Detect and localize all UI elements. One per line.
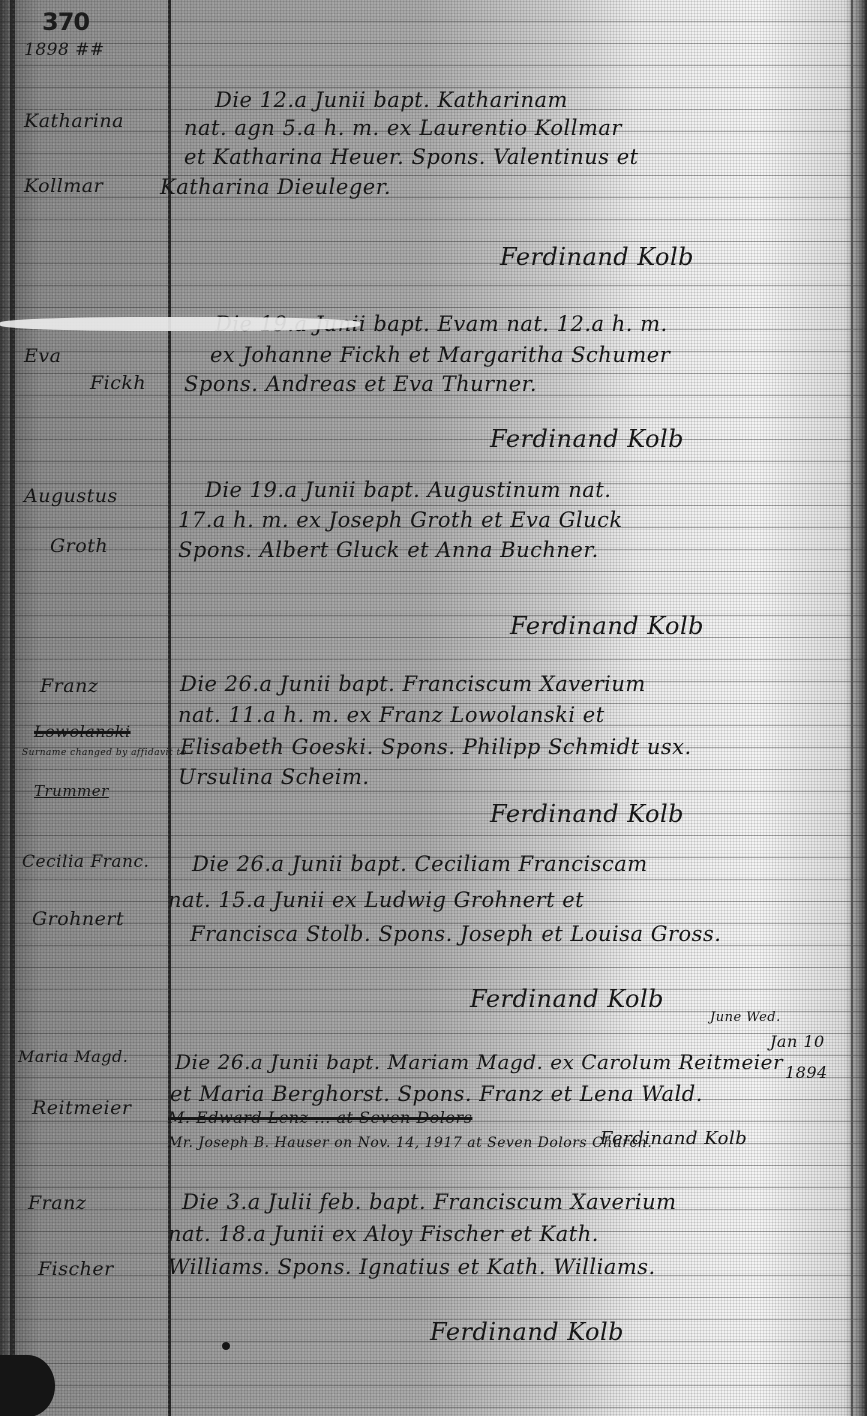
entry-1-line-1: Die 12.a Junii bapt. Katharinam <box>215 88 568 112</box>
entry-6-marriage-note: Mr. Joseph B. Hauser on Nov. 14, 1917 at… <box>168 1135 652 1151</box>
entry-7-line-2: nat. 18.a Junii ex Aloy Fischer et Kath. <box>168 1222 599 1246</box>
entry-5-line-1: Die 26.a Junii bapt. Ceciliam Franciscam <box>192 852 648 876</box>
entry-1-line-4: Katharina Dieuleger. <box>160 175 391 199</box>
entry-4-margin-name: Franz <box>40 675 98 697</box>
entry-4-line-3: Elisabeth Goeski. Spons. Philipp Schmidt… <box>180 735 692 759</box>
entry-7-line-3: Williams. Spons. Ignatius et Kath. Willi… <box>168 1255 656 1279</box>
entry-4-line-1: Die 26.a Junii bapt. Franciscum Xaverium <box>180 672 646 696</box>
entry-7-signature: Ferdinand Kolb <box>430 1318 624 1346</box>
entry-2-line-3: Spons. Andreas et Eva Thurner. <box>184 372 537 396</box>
entry-7-margin-surname: Fischer <box>38 1258 114 1280</box>
scan-shadow-blot <box>0 1355 55 1416</box>
entry-3-line-3: Spons. Albert Gluck et Anna Buchner. <box>178 538 599 562</box>
entry-6-margin-name: Maria Magd. <box>18 1047 128 1066</box>
entry-2-margin-name: Eva <box>24 345 61 367</box>
entry-4-margin-surname-struck: Lowolanski <box>34 722 131 741</box>
margin-column-rule <box>168 0 171 1416</box>
entry-6-line-1: Die 26.a Junii bapt. Mariam Magd. ex Car… <box>175 1050 783 1074</box>
entry-6-annotation-year: 1894 <box>785 1063 828 1082</box>
ink-spot <box>222 1342 230 1350</box>
entry-3-line-2: 17.a h. m. ex Joseph Groth et Eva Gluck <box>178 508 623 532</box>
entry-6-struck-line: M. Edward Lenz ... at Seven Dolors <box>168 1108 472 1127</box>
entry-3-line-1: Die 19.a Junii bapt. Augustinum nat. <box>205 478 611 502</box>
entry-1-signature: Ferdinand Kolb <box>500 243 694 271</box>
entry-1-margin-name: Katharina <box>24 110 124 132</box>
entry-4-line-2: nat. 11.a h. m. ex Franz Lowolanski et <box>178 703 605 727</box>
entry-6-line-2: et Maria Berghorst. Spons. Franz et Lena… <box>170 1082 703 1106</box>
entry-4-line-4: Ursulina Scheim. <box>178 765 370 789</box>
entry-1-line-3: et Katharina Heuer. Spons. Valentinus et <box>184 145 639 169</box>
entry-2-margin-surname: Fickh <box>90 372 146 394</box>
entry-4-margin-new-surname: Trummer <box>34 782 109 800</box>
page-number: 370 <box>42 8 89 36</box>
entry-6-signature: Ferdinand Kolb <box>600 1128 747 1149</box>
year-note: 1898 ## <box>24 40 105 60</box>
paper-damage-blot <box>0 317 360 331</box>
entry-3-signature: Ferdinand Kolb <box>510 612 704 640</box>
entry-2-signature: Ferdinand Kolb <box>490 425 684 453</box>
left-border-rule <box>10 0 15 1416</box>
entry-1-margin-surname: Kollmar <box>24 175 103 197</box>
entry-2-line-2: ex Johanne Fickh et Margaritha Schumer <box>210 343 670 367</box>
entry-6-margin-surname: Reitmeier <box>32 1097 131 1119</box>
entry-3-margin-name: Augustus <box>24 485 118 507</box>
entry-4-signature: Ferdinand Kolb <box>490 800 684 828</box>
entry-5-line-3: Francisca Stolb. Spons. Joseph et Louisa… <box>190 922 721 946</box>
entry-6-annotation-marriage: June Wed. <box>710 1010 781 1025</box>
entry-7-margin-name: Franz <box>28 1192 86 1214</box>
entry-7-line-1: Die 3.a Julii feb. bapt. Franciscum Xave… <box>182 1190 677 1214</box>
entry-5-margin-name: Cecilia Franc. <box>22 852 149 872</box>
entry-3-margin-surname: Groth <box>50 535 108 557</box>
entry-5-margin-surname: Grohnert <box>32 908 124 930</box>
right-border-rule <box>851 0 853 1416</box>
entry-4-margin-note: Surname changed by affidavit to <box>22 748 187 758</box>
entry-6-annotation-date: Jan 10 <box>770 1032 825 1051</box>
entry-5-line-2: nat. 15.a Junii ex Ludwig Grohnert et <box>168 888 584 912</box>
entry-1-line-2: nat. agn 5.a h. m. ex Laurentio Kollmar <box>184 116 622 140</box>
register-page: 370 1898 ## Katharina Kollmar Die 12.a J… <box>0 0 867 1416</box>
entry-5-signature: Ferdinand Kolb <box>470 985 664 1013</box>
